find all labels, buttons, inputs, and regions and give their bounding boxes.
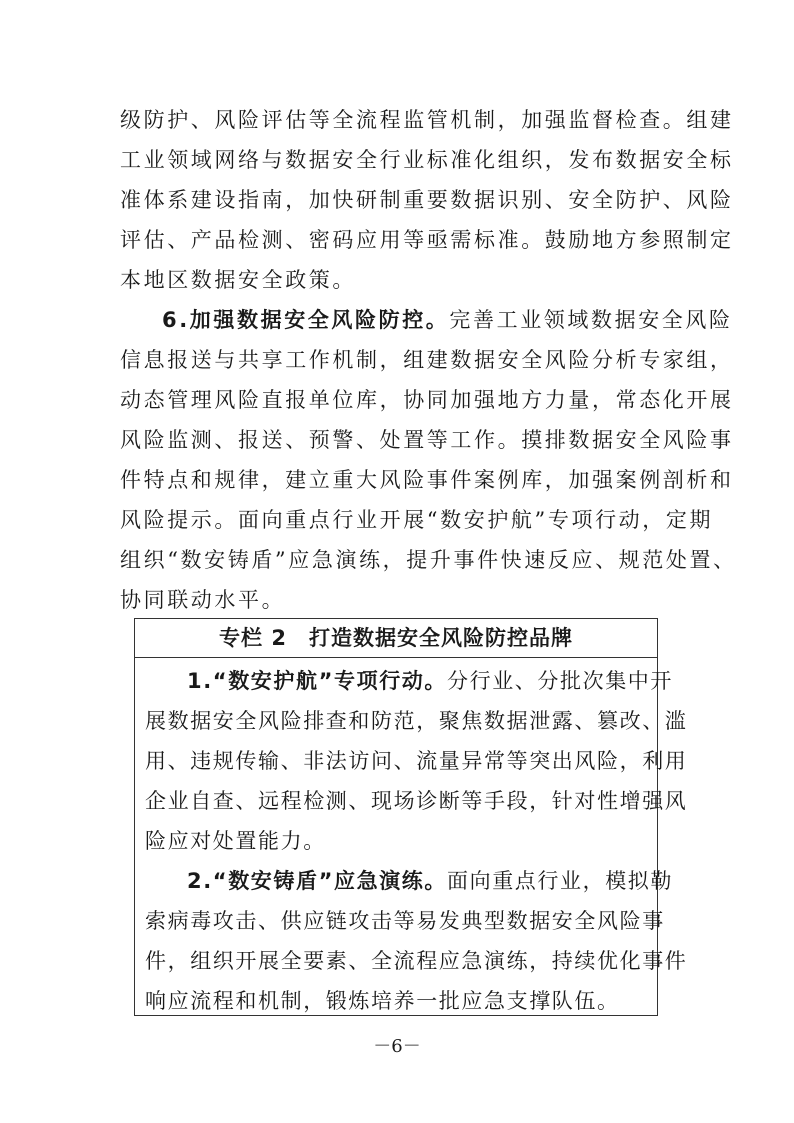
text-line: 企业自查、远程检测、现场诊断等手段，针对性增强风: [145, 781, 647, 821]
item-heading: 1.“数安护航”专项行动。: [187, 669, 447, 693]
text-run: 完善工业领域数据安全风险: [449, 308, 732, 332]
section-heading: 6.加强数据安全风险防控。: [162, 308, 449, 332]
text-line: 动态管理风险直报单位库，协同加强地方力量，常态化开展: [120, 380, 676, 420]
text-line: 索病毒攻击、供应链攻击等易发典型数据安全风险事: [145, 901, 647, 941]
text-line: 协同联动水平。: [120, 580, 676, 620]
text-line: 展数据安全风险排查和防范，聚焦数据泄露、篡改、滥: [145, 701, 647, 741]
text-line: 本地区数据安全政策。: [120, 260, 676, 300]
item-heading: 2.“数安铸盾”应急演练。: [187, 869, 447, 893]
text-line: 风险监测、报送、预警、处置等工作。摸排数据安全风险事: [120, 420, 676, 460]
text-line: 响应流程和机制，锻炼培养一批应急支撑队伍。: [145, 981, 647, 1021]
text-line: 2.“数安铸盾”应急演练。面向重点行业，模拟勒: [145, 861, 647, 901]
text-line: 准体系建设指南，加快研制重要数据识别、安全防护、风险: [120, 180, 676, 220]
text-line: 信息报送与共享工作机制，组建数据安全风险分析专家组，: [120, 340, 676, 380]
text-line: 工业领域网络与数据安全行业标准化组织，发布数据安全标: [120, 140, 676, 180]
text-line: 件特点和规律，建立重大风险事件案例库，加强案例剖析和: [120, 460, 676, 500]
text-line: 6.加强数据安全风险防控。完善工业领域数据安全风险: [120, 300, 676, 340]
text-line: 险应对处置能力。: [145, 821, 647, 861]
text-line: 组织“数安铸盾”应急演练，提升事件快速反应、规范处置、: [120, 540, 676, 580]
column-box-title: 专栏 2 打造数据安全风险防控品牌: [135, 619, 657, 658]
text-run: 分行业、分批次集中开: [447, 669, 673, 693]
text-line: 评估、产品检测、密码应用等亟需标准。鼓励地方参照制定: [120, 220, 676, 260]
text-line: 件，组织开展全要素、全流程应急演练，持续优化事件: [145, 941, 647, 981]
column-box: 专栏 2 打造数据安全风险防控品牌 1.“数安护航”专项行动。分行业、分批次集中…: [134, 618, 658, 1016]
text-line: 风险提示。面向重点行业开展“数安护航”专项行动，定期: [120, 500, 676, 540]
text-line: 用、违规传输、非法访问、流量异常等突出风险，利用: [145, 741, 647, 781]
text-line: 级防护、风险评估等全流程监管机制，加强监督检查。组建: [120, 100, 676, 140]
text-line: 1.“数安护航”专项行动。分行业、分批次集中开: [145, 661, 647, 701]
text-run: 面向重点行业，模拟勒: [447, 869, 673, 893]
page-number: －6－: [0, 1032, 794, 1058]
